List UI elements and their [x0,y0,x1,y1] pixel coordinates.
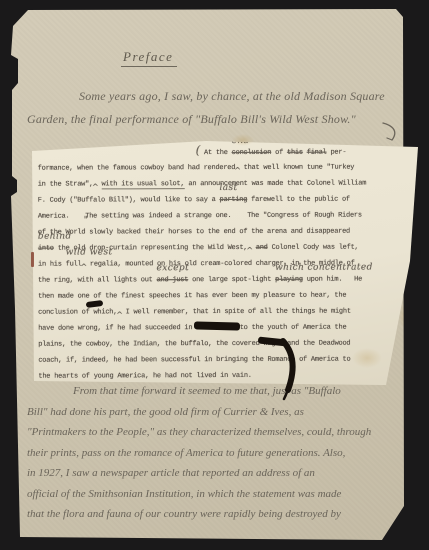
typed-line: formance, when the famous cowboy band ha… [38,159,414,176]
struck-text: playingwhich concentrated [275,272,303,288]
typed-text: formance, when the famous cowboy band ha… [38,164,236,173]
handwritten-line: their prints, pass on the romance of Ame… [27,443,403,464]
typed-text: to the youth of America the [240,324,347,332]
typed-text: the hearts of young America, he had not … [38,372,251,381]
ink-blackout [194,321,240,330]
handwritten-line: that the flora and fauna of our country … [27,504,403,525]
typed-line: plains, the cowboy, the Indian, the buff… [38,335,414,352]
red-edge-mark [31,252,34,267]
typed-text: At the [200,149,232,157]
struck-text: and justexcept [157,272,189,288]
photo-backdrop: Preface Some years ago, I saw, by chance… [0,0,429,550]
typed-text: plains, the cowboy, the Indian, the buff… [38,340,350,349]
typed-text: F. Cody ("Buffalo Bill"), would like to … [38,196,220,205]
struck-text: thisthe [287,145,303,161]
typed-text: fullwild west [66,257,82,273]
typed-text: upon him. He [303,276,362,284]
typed-text: of [271,149,287,157]
handwritten-insertion: except [157,264,190,273]
typed-line: America. The setting was indeed a strang… [38,207,414,224]
handwritten-line: in 1927, I saw a newspaper article that … [27,463,403,484]
handwritten-insertion: which concentrated [275,263,373,272]
typed-text: slowly backed their horses to the end of… [85,228,350,237]
typed-text: have done wrong, if he had succeeded in [38,324,196,333]
typed-line: coach, if, indeed, he had been successfu… [38,351,414,368]
typed-text: conclusion of which, [38,308,117,316]
handwritten-insertion: behind [38,233,72,242]
struck-text: and [256,244,268,252]
typed-text: farewell to the public of [247,196,350,204]
typed-text: Colonel Cody was left, [268,244,359,252]
typed-text: with its usual solot, [101,180,184,189]
page-title: Preface [121,49,177,67]
handwritten-intro: Some years ago, I saw, by chance, at the… [27,85,399,131]
handwritten-line: "Printmakers to the People," as they cha… [27,422,403,443]
typed-insert-sheet: ( At the conclusionend of thisthe final … [30,139,420,387]
handwritten-line: Bill" had done his part, the good old fi… [27,402,403,423]
handwritten-insertion: wild west [66,248,113,257]
handwritten-line: Garden, the final performance of "Buffal… [27,108,399,131]
typed-text: an announcement was made that Colonel Wi… [184,180,366,189]
typed-text: coach, if, indeed, he had been successfu… [38,356,350,365]
typed-text: per- [327,149,347,157]
struck-text: conclusionend [232,145,272,161]
struck-text: final [307,149,327,157]
struck-text: partinglast [219,192,247,208]
typed-text: one large spot-light [188,276,275,284]
handwritten-insertion: " [84,216,89,225]
typed-text: I well remember, that in spite of all th… [122,308,351,317]
typed-line: of the World" slowly backed their horses… [38,223,414,240]
handwritten-insertion: last [219,184,237,193]
typed-text: the ring, with all lights out [38,276,157,284]
typed-text: in the Straw", [38,180,93,188]
handwritten-body: From that time forward it seemed to me t… [27,381,403,525]
typed-line: the ring, with all lights out and justex… [38,271,414,288]
handwritten-line: official of the Smithsonian Institution,… [27,484,403,505]
typed-text: then made one of the finest speeches it … [38,292,346,301]
typed-text: that well known tune "Turkey [240,164,355,172]
typed-paragraph: ( At the conclusionend of thisthe final … [38,143,415,384]
struck-text: intobehind [38,241,54,257]
typed-line: F. Cody ("Buffalo Bill"), would like to … [38,191,414,208]
stain [399,301,421,331]
handwritten-line: Some years ago, I saw, by chance, at the… [27,85,399,108]
typed-text: in his [38,261,66,269]
